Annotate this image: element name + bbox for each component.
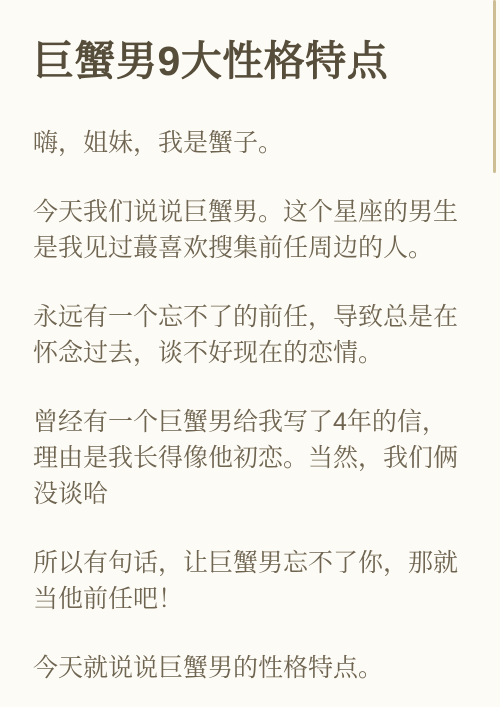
paragraph-letter-story: 曾经有一个巨蟹男给我写了4年的信，理由是我长得像他初恋。当然，我们俩没谈哈 xyxy=(33,404,470,512)
paragraph-intro: 嗨，姐妹，我是蟹子。 xyxy=(33,125,470,161)
paragraph-advice: 所以有句话，让巨蟹男忘不了你，那就当他前任吧！ xyxy=(33,545,470,617)
scrollbar-track[interactable] xyxy=(492,0,496,707)
paragraph-closing: 今天就说说巨蟹男的性格特点。 xyxy=(33,650,470,686)
scrollbar-thumb[interactable] xyxy=(493,0,496,173)
article-page: 巨蟹男9大性格特点 嗨，姐妹，我是蟹子。 今天我们说说巨蟹男。这个星座的男生是我… xyxy=(0,0,500,686)
paragraph-ex-memory: 永远有一个忘不了的前任，导致总是在怀念过去，谈不好现在的恋情。 xyxy=(33,299,470,371)
paragraph-topic: 今天我们说说巨蟹男。这个星座的男生是我见过蕞喜欢搜集前任周边的人。 xyxy=(33,194,470,266)
page-title: 巨蟹男9大性格特点 xyxy=(33,35,470,87)
